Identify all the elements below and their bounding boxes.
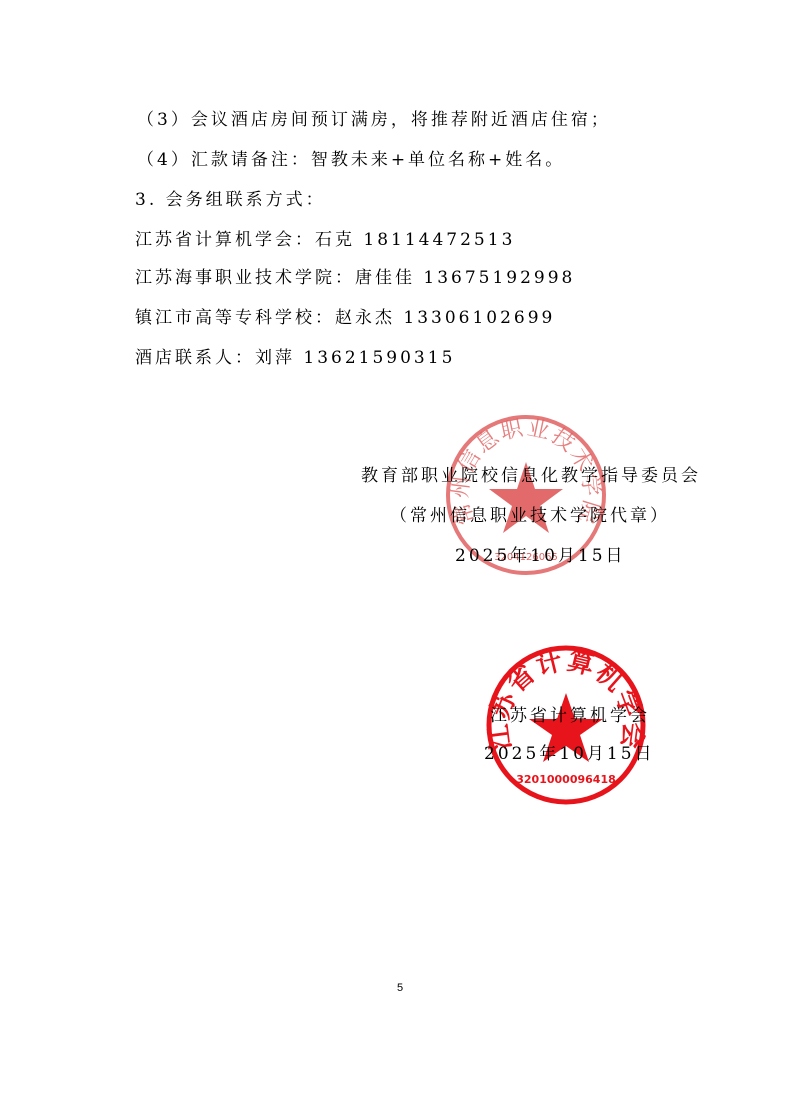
item-4: （4）汇款请备注：智教未来+单位名称+姓名。 bbox=[137, 150, 565, 170]
signature-date: 2025年10月15日 bbox=[455, 546, 626, 566]
contact-line: 江苏海事职业技术学院：唐佳佳 13675192998 bbox=[135, 268, 575, 288]
page-number: 5 bbox=[397, 982, 403, 994]
signature-note: （常州信息职业技术学院代章） bbox=[390, 506, 670, 526]
signature-org: 教育部职业院校信息化教学指导委员会 bbox=[361, 466, 701, 486]
contact-line: 镇江市高等专科学校：赵永杰 13306102699 bbox=[135, 308, 555, 328]
contact-line: 江苏省计算机学会：石克 18114472513 bbox=[135, 230, 515, 250]
contact-line: 酒店联系人：刘萍 13621590315 bbox=[135, 348, 455, 368]
signature-org: 江苏省计算机学会 bbox=[490, 706, 650, 726]
signature-date: 2025年10月15日 bbox=[484, 744, 655, 764]
svg-text:3201000096418: 3201000096418 bbox=[516, 773, 616, 786]
item-3: （3）会议酒店房间预订满房，将推荐附近酒店住宿； bbox=[137, 110, 611, 130]
section-heading: 3. 会务组联系方式： bbox=[135, 190, 326, 210]
